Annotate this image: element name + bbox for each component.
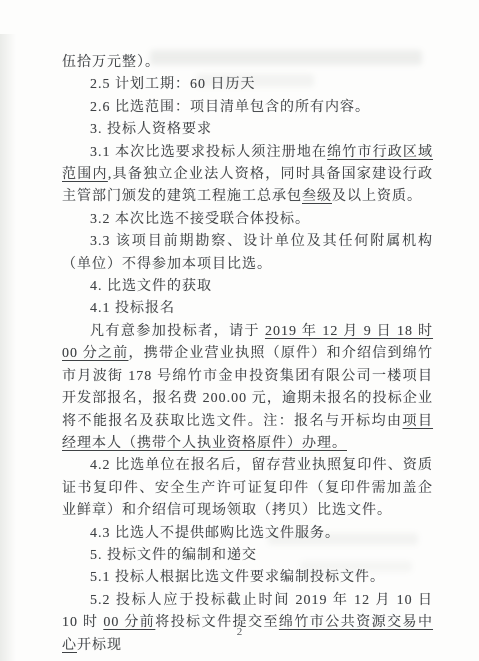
paragraph-segment: 2.6 比选范围：项目清单包含的所有内容。 [90,100,370,115]
paragraph-segment: 5. 投标文件的编制和递交 [90,548,257,563]
paragraph-segment-underlined: 叁级 [302,189,332,204]
paragraph: 4.2 比选单位在报名后，留存营业执照复印件、资质证书复印件、安全生产许可证复印… [62,455,433,522]
document-page: 伍拾万元整）。2.5 计划工期：60 日历天2.6 比选范围：项目清单包含的所有… [0,0,479,661]
paragraph-segment: 2.5 计划工期：60 日历天 [90,77,256,92]
paragraph-segment: 开标现 [77,638,122,653]
paragraph-segment: 4. 比选文件的获取 [90,279,212,294]
page-number: 2 [0,626,479,638]
paragraph: 3.2 本次比选不接受联合体投标。 [62,209,433,231]
paragraph: 5.2 投标人应于投标截止时间 2019 年 12 月 10 日 10 时 00… [62,590,433,657]
paragraph: 4.1 投标报名 [62,298,433,320]
paragraph-segment: 4.3 比选人不提供邮购比选文件服务。 [90,526,340,541]
paragraph-segment: 及以上资质。 [332,189,422,204]
paragraph: 2.5 计划工期：60 日历天 [62,74,433,96]
paragraph: 凡有意参加投标者，请于 2019 年 12 月 9 日 18 时 00 分之前，… [62,321,433,455]
paragraph: 3.3 该项目前期勘察、设计单位及其任何附属机构（单位）不得参加本项目比选。 [62,231,433,276]
paragraph-segment: 3.2 本次比选不接受联合体投标。 [90,212,310,227]
paragraph-segment: 4.2 比选单位在报名后，留存营业执照复印件、资质证书复印件、安全生产许可证复印… [62,458,433,518]
paragraph-segment: 伍拾万元整）。 [62,55,160,70]
paragraph-segment: 3. 投标人资格要求 [90,122,212,137]
paragraph-segment: 5.1 投标人根据比选文件要求编制投标文件。 [90,570,385,585]
paragraph-segment: 3.3 该项目前期勘察、设计单位及其任何附属机构（单位）不得参加本项目比选。 [62,234,433,271]
paragraph: 伍拾万元整）。 [62,52,433,74]
paragraph: 5.1 投标人根据比选文件要求编制投标文件。 [62,567,433,589]
paragraph: 2.6 比选范围：项目清单包含的所有内容。 [62,97,433,119]
paragraph: 4.3 比选人不提供邮购比选文件服务。 [62,523,433,545]
scan-edge-shadow [0,34,16,661]
paragraph-segment: 3.1 本次比选要求投标人须注册地在 [90,145,327,160]
paragraph: 4. 比选文件的获取 [62,276,433,298]
paragraph: 3. 投标人资格要求 [62,119,433,141]
paragraph: 5. 投标文件的编制和递交 [62,545,433,567]
paragraph-segment: 4.1 投标报名 [90,301,175,316]
document-body: 伍拾万元整）。2.5 计划工期：60 日历天2.6 比选范围：项目清单包含的所有… [62,52,433,657]
paragraph: 3.1 本次比选要求投标人须注册地在绵竹市行政区域范围内,具备独立企业法人资格，… [62,142,433,209]
paragraph-segment: 凡有意参加投标者，请于 [90,324,265,339]
